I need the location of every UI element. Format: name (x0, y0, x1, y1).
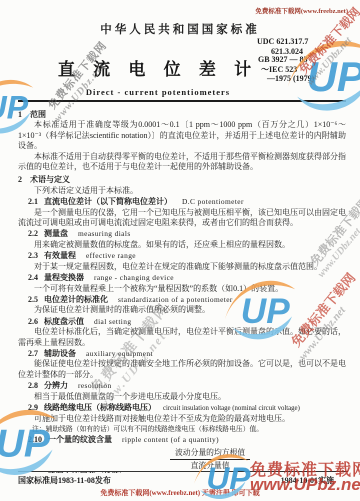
fraction-numerator: 波动分量的均方根值 (170, 448, 250, 460)
implementation-date: 1984-10-01实施 (281, 475, 334, 486)
term-2-5-body: 为保证电位差计测量时的准确示值所必须的调整。 (18, 305, 346, 315)
term-number: 2.6 (28, 317, 38, 326)
scope-paragraph-1: 本标准适用于准确度等级为0.0001～0.1〔1 ppm～1000 ppm（百万… (18, 120, 346, 151)
scanned-standard-page: 免费标准下载网(www.freebz.net) 中华人民共和国国家标准 UDC … (0, 0, 360, 501)
footer-divider (18, 471, 348, 472)
term-name-cn: 有效量程 (44, 251, 76, 260)
free-download-site-line: 免费标准下载网(www.freebz.net) (255, 6, 348, 15)
term-2-7-heading: 2.7辅助设备auxiliary equipment (18, 349, 346, 359)
term-2-10-heading: 2.10一个量的纹波含量ripple content (of a quantit… (18, 435, 346, 445)
term-number: 2.5 (28, 295, 38, 304)
term-name-cn: 测量盘 (44, 229, 68, 238)
section-number: 1 (18, 110, 22, 119)
term-2-6-body: 电位差计标准化后，当确定被测量电压时，电位差计平衡后测量盘的示值。如必要的话，需… (18, 327, 346, 348)
document-header: 免费标准下载网(www.freebz.net) 中华人民共和国国家标准 UDC … (0, 0, 360, 104)
term-name-cn: 直流电位差计（以下简称电位差计） (44, 197, 172, 206)
term-2-8-heading: 2.8分辨力resolution (18, 381, 346, 391)
ripple-content-fraction: 波动分量的均方根值 直流分量值 (170, 448, 250, 471)
term-2-1-heading: 2.1直流电位差计（以下简称电位差计）D.C potentiometer (18, 197, 346, 207)
term-2-2-heading: 2.2测量盘measuring dials (18, 229, 346, 239)
term-name-en: measuring dials (78, 229, 131, 238)
fraction-denominator: 直流分量值 (170, 460, 250, 471)
term-name-en: resolution (78, 381, 112, 390)
term-name-cn: 一个量的纹波含量 (48, 435, 112, 444)
term-name-en: ripple content (of a quantity) (122, 435, 219, 444)
section-1-heading: 1范围 (18, 110, 346, 120)
term-2-7-body: 能保证使电位差计按规定的准确安全地工作所必须的附加设备。它可以是，也可以不是电位… (18, 359, 346, 380)
udc-line1: UDC 621.317.7 (257, 37, 308, 47)
term-2-3-body: 对于某一规定量程因数，电位差计在规定的准确度下能够测量的标度盘示值范围。 (18, 262, 346, 272)
term-name-cn: 电位差计的标准化 (44, 295, 108, 304)
term-2-2-body: 用来确定被测量数值的标度盘。如果有的话，还应乘上相应的量程因数。 (18, 240, 346, 250)
section-2-heading: 2术语与定义 (18, 175, 346, 185)
udc-number: UDC 621.317.7 621.3.024 (257, 37, 308, 56)
term-name-en: circuit insulation voltage (nominal circ… (163, 405, 300, 412)
term-2-8-body: 相当于最低值测量盘的一个步进电压或最小分度电压。 (18, 392, 346, 402)
footer-download-line: 免费标准下载网(www.freebz.net) 无需注册 即可下载 (0, 488, 360, 498)
term-name-en: effective range (86, 251, 136, 260)
term-name-en: range - changing device (94, 273, 174, 282)
term-2-1-body: 是一个测量电压的仪器，它用一个已知电压与被测电压相平衡，该已知电压可以由固定电流… (18, 208, 346, 229)
term-2-9-heading: 2.9线路绝缘电压（标称线路电压）circuit insulation volt… (18, 403, 346, 414)
term-name-en: auxiliary equipment (86, 349, 153, 358)
term-name-en: dial setting (94, 317, 131, 326)
term-number: 2.4 (28, 273, 38, 282)
term-2-4-body: 一个可将有效量程乘上一个被称为“量程因数”的系数（如0.1）的装置。 (18, 284, 346, 294)
issue-date: 国家标准局1983-11-08发布 (18, 475, 111, 486)
section-title: 术语与定义 (30, 175, 70, 184)
section-number: 2 (18, 175, 22, 184)
standard-number: GB 3927 — 83 ～IEC 523 —1975 (1979) (258, 55, 314, 84)
term-number: 2.3 (28, 251, 38, 260)
term-number: 2.2 (28, 229, 38, 238)
document-body: 1范围 本标准适用于准确度等级为0.0001～0.1〔1 ppm～1000 pp… (18, 107, 346, 473)
term-2-4-heading: 2.4量程变换器range - changing device (18, 273, 346, 283)
page-title-english: Direct - current potentiometers (52, 87, 264, 97)
standard-number-iec: ～IEC 523 (258, 65, 314, 75)
term-2-3-heading: 2.3有效量程effective range (18, 251, 346, 261)
term-number: 2.1 (28, 197, 38, 206)
term-name-cn: 辅助设备 (44, 349, 76, 358)
term-name-en: D.C potentiometer (182, 197, 244, 206)
definitions-intro: 下列术语定义适用于本标准。 (18, 186, 346, 196)
scope-paragraph-2: 本标准不适用于自动获得零平衡的电位差计，不适用于那些借平衡检测器刻度获得部分指示… (18, 152, 346, 173)
term-2-6-heading: 2.6标度盘示值dial setting (18, 317, 346, 327)
term-number: 2.8 (28, 381, 38, 390)
term-number: 2.9 (28, 403, 38, 412)
term-name-cn: 线路绝缘电压（标称线路电压） (44, 403, 156, 412)
term-name-en: standardization of a potentiometer (118, 295, 233, 304)
page-title: 直 流 电 位 差 计 (52, 55, 264, 80)
standard-number-year: —1975 (1979) (258, 74, 314, 84)
term-name-cn: 量程变换器 (44, 273, 84, 282)
term-2-5-heading: 2.5电位差计的标准化standardization of a potentio… (18, 295, 346, 305)
term-name-cn: 分辨力 (44, 381, 68, 390)
term-number: 2.10 (28, 435, 42, 444)
national-standard-label: 中华人民共和国国家标准 (0, 21, 360, 37)
header-divider (18, 100, 346, 102)
term-2-9-note: 注：辅助线路（如有的话）可以有不同的线路绝缘电压（标称线路电压）值。 (18, 425, 346, 435)
section-title: 范围 (30, 110, 46, 119)
term-name-cn: 标度盘示值 (44, 317, 84, 326)
term-number: 2.7 (28, 349, 38, 358)
standard-number-gb: GB 3927 — 83 (258, 55, 314, 65)
term-2-9-body: 可施加于电位差计线路而对接触电位差计不至成为危险的最高对地电压。 (18, 414, 346, 424)
